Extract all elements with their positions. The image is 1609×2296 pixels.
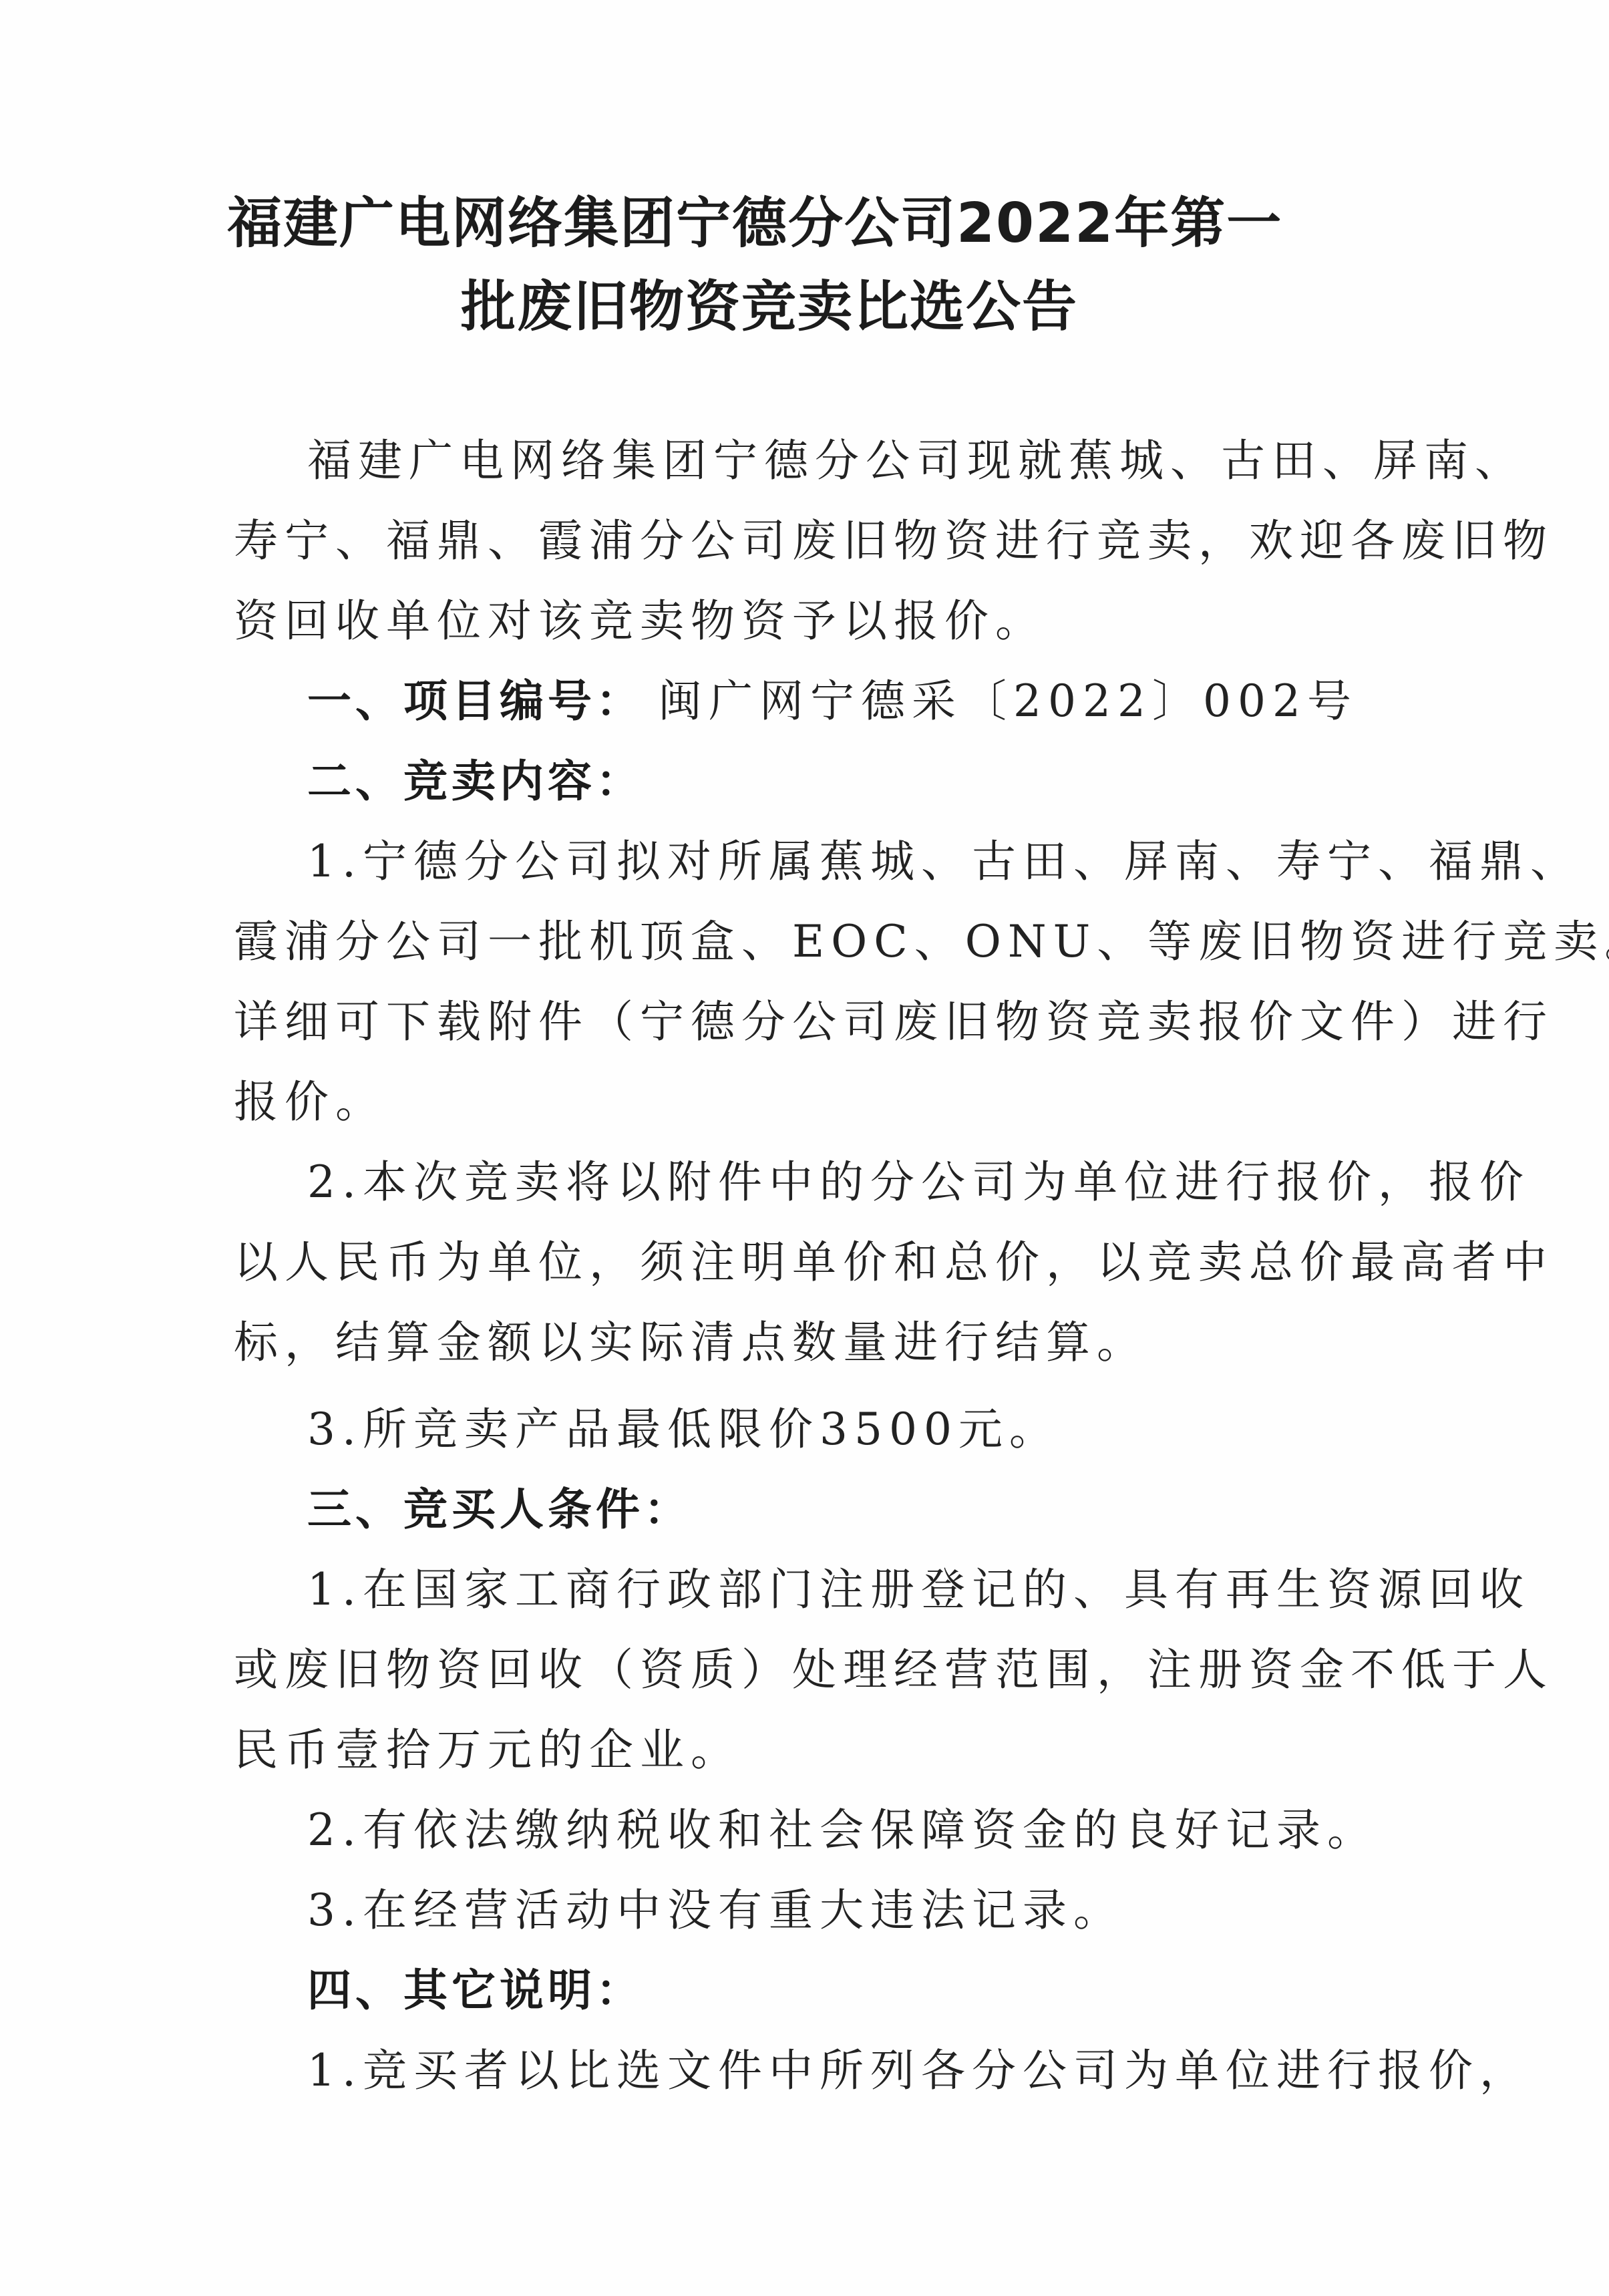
section-2-item-1-line-1: 1.宁德分公司拟对所属蕉城、古田、屏南、寿宁、福鼎、: [307, 835, 1581, 888]
section-2-item-2-line-1: 2.本次竞卖将以附件中的分公司为单位进行报价，报价: [307, 1156, 1530, 1209]
section-2-heading: 二、竞卖内容：: [307, 755, 644, 808]
document-page: 福建广电网络集团宁德分公司2022年第一 批废旧物资竞卖比选公告 福建广电网络集…: [0, 0, 1609, 2296]
project-number: 闽广网宁德采〔2022〕002号: [658, 675, 1358, 728]
section-3-item-1-line-3: 民币壹拾万元的企业。: [234, 1724, 741, 1777]
section-2-item-3: 3.所竞卖产品最低限价3500元。: [307, 1403, 1060, 1456]
intro-line-2: 寿宁、福鼎、霞浦分公司废旧物资进行竞卖，欢迎各废旧物: [234, 514, 1554, 568]
section-1-heading: 一、项目编号：: [307, 675, 644, 728]
section-3-item-1-line-1: 1.在国家工商行政部门注册登记的、具有再生资源回收: [307, 1563, 1530, 1617]
section-3-item-1-line-2: 或废旧物资回收（资质）处理经营范围，注册资金不低于人: [234, 1643, 1554, 1697]
intro-line-3: 资回收单位对该竞卖物资予以报价。: [234, 595, 1046, 648]
intro-line-1: 福建广电网络集团宁德分公司现就蕉城、古田、屏南、: [307, 434, 1526, 488]
document-title-line-2: 批废旧物资竞卖比选公告: [461, 274, 1609, 341]
section-3-item-2: 2.有依法缴纳税收和社会保障资金的良好记录。: [307, 1804, 1378, 1857]
section-2-item-1-line-3: 详细可下载附件（宁德分公司废旧物资竞卖报价文件）进行: [234, 995, 1554, 1049]
section-3-item-3: 3.在经营活动中没有重大违法记录。: [307, 1884, 1124, 1937]
section-4-heading: 四、其它说明：: [307, 1964, 644, 2017]
section-4-item-1-line-1: 1.竞买者以比选文件中所列各分公司为单位进行报价，: [307, 2044, 1530, 2098]
section-2-item-1-line-2: 霞浦分公司一批机顶盒、EOC、ONU、等废旧物资进行竞卖。: [234, 915, 1609, 969]
section-2-item-2-line-3: 标，结算金额以实际清点数量进行结算。: [234, 1316, 1147, 1369]
section-3-heading: 三、竞买人条件：: [307, 1483, 692, 1536]
section-2-item-2-line-2: 以人民币为单位，须注明单价和总价，以竞卖总价最高者中: [234, 1236, 1554, 1289]
document-title-line-1: 福建广电网络集团宁德分公司2022年第一: [227, 190, 1376, 257]
section-2-item-1-line-4: 报价。: [234, 1076, 386, 1129]
